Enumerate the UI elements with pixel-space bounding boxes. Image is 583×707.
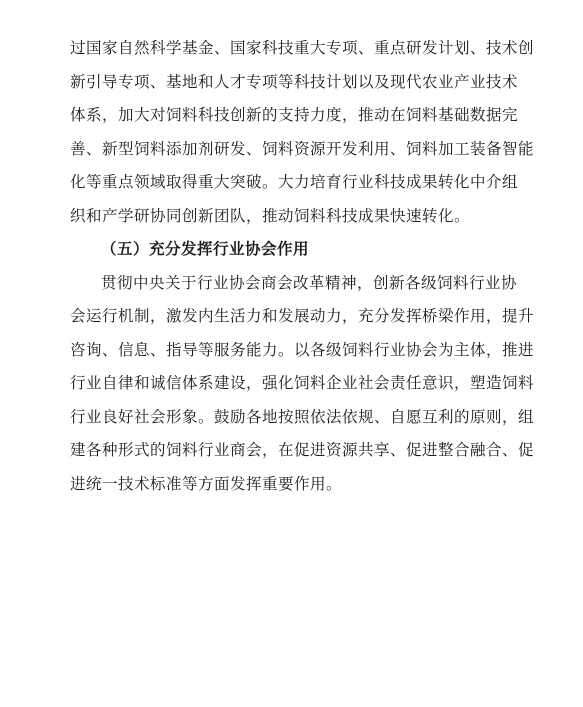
paragraph-industry-associations: 贯彻中央关于行业协会商会改革精神，创新各级饲料行业协 会运行机制，激发内生活力和… xyxy=(70,267,512,502)
text-line: 化等重点领域取得重大突破。大力培育行业科技成果转化中介组 xyxy=(70,166,512,200)
text-line: 行业良好社会形象。鼓励各地按照依法依规、自愿互利的原则，组 xyxy=(70,401,512,435)
text-line: 新引导专项、基地和人才专项等科技计划以及现代农业产业技术 xyxy=(70,66,512,100)
text-line: 善、新型饲料添加剂研发、饲料资源开发利用、饲料加工装备智能 xyxy=(70,133,512,167)
text-line: 进统一技术标准等方面发挥重要作用。 xyxy=(70,468,512,502)
paragraph-science-support: 过国家自然科学基金、国家科技重大专项、重点研发计划、技术创 新引导专项、基地和人… xyxy=(70,32,512,233)
section-heading: （五）充分发挥行业协会作用 xyxy=(70,233,512,267)
text-line: 体系，加大对饲料科技创新的支持力度，推动在饲料基础数据完 xyxy=(70,99,512,133)
text-line: 织和产学研协同创新团队，推动饲料科技成果快速转化。 xyxy=(70,200,512,234)
text-line: 行业自律和诚信体系建设，强化饲料企业社会责任意识，塑造饲料 xyxy=(70,367,512,401)
text-line: 建各种形式的饲料行业商会，在促进资源共享、促进整合融合、促 xyxy=(70,434,512,468)
text-line: 贯彻中央关于行业协会商会改革精神，创新各级饲料行业协 xyxy=(70,267,512,301)
text-line: 过国家自然科学基金、国家科技重大专项、重点研发计划、技术创 xyxy=(70,32,512,66)
document-page: 过国家自然科学基金、国家科技重大专项、重点研发计划、技术创 新引导专项、基地和人… xyxy=(70,32,512,501)
text-line: 咨询、信息、指导等服务能力。以各级饲料行业协会为主体，推进 xyxy=(70,334,512,368)
text-line: 会运行机制，激发内生活力和发展动力，充分发挥桥梁作用，提升 xyxy=(70,300,512,334)
